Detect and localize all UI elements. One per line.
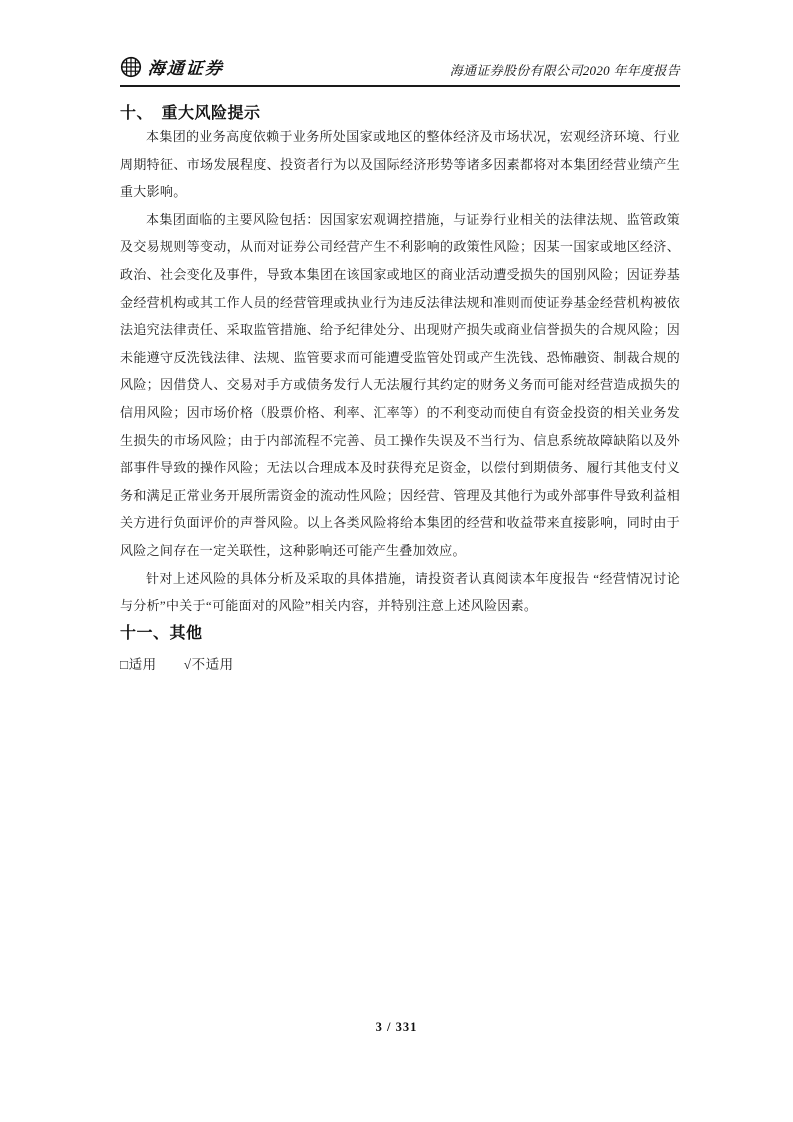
page-header: 海通证券 海通证券股份有限公司2020 年年度报告 xyxy=(120,50,680,87)
applicable-option: □适用 xyxy=(120,653,157,673)
report-page: 海通证券 海通证券股份有限公司2020 年年度报告 十、 重大风险提示 本集团的… xyxy=(0,0,793,1122)
section-heading-other: 十一、其他 xyxy=(120,620,680,643)
logo-text: 海通证券 xyxy=(147,54,225,79)
risk-paragraph-overview: 本集团的业务高度依赖于业务所处国家或地区的整体经济及市场状况，宏观经济环境、行业… xyxy=(120,123,680,206)
report-title: 海通证券股份有限公司2020 年年度报告 xyxy=(450,60,680,79)
globe-icon xyxy=(120,56,142,78)
section-heading-major-risk: 十、 重大风险提示 xyxy=(120,100,680,123)
risk-paragraph-investor-note: 针对上述风险的具体分析及采取的具体措施，请投资者认真阅读本年度报告 “经营情况讨… xyxy=(120,565,680,620)
risk-paragraph-main-risks: 本集团面临的主要风险包括：因国家宏观调控措施，与证券行业相关的法律法规、监管政策… xyxy=(120,206,680,565)
page-content: 十、 重大风险提示 本集团的业务高度依赖于业务所处国家或地区的整体经济及市场状况… xyxy=(120,100,680,673)
page-number: 3 / 331 xyxy=(0,1020,793,1035)
not-applicable-option: √不适用 xyxy=(184,653,234,673)
haitong-logo: 海通证券 xyxy=(120,54,224,79)
applicability-row: □适用 √不适用 xyxy=(120,653,680,673)
